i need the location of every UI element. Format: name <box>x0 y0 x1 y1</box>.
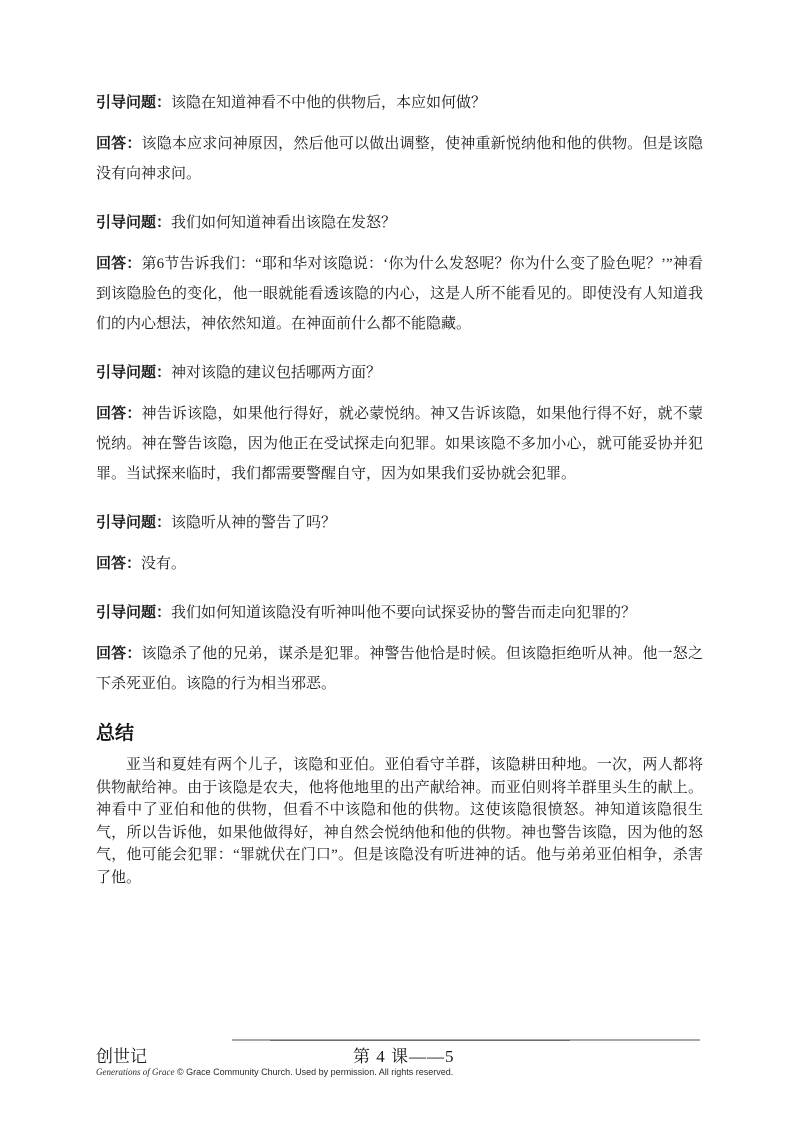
question-text: 我们如何知道该隐没有听神叫他不要向试探妥协的警告而走向犯罪的？ <box>171 605 636 621</box>
answer-text: 该隐杀了他的兄弟，谋杀是犯罪。神警告他恰是时候。但该隐拒绝听从神。他一怒之下杀死… <box>96 646 703 692</box>
lesson-content: 引导问题：该隐在知道神看不中他的供物后，本应如何做？ 回答：该隐本应求问神原因，… <box>96 88 703 889</box>
question-label: 引导问题： <box>96 604 171 621</box>
question-label: 引导问题： <box>96 514 171 531</box>
summary-heading: 总结 <box>96 718 703 745</box>
footer-divider-line-dark <box>270 1040 570 1041</box>
answer: 回答：该隐本应求问神原因，然后他可以做出调整，使神重新悦纳他和他的供物。但是该隐… <box>96 129 703 189</box>
copyright-series-name: Generations of Grace <box>96 1067 175 1077</box>
answer: 回答：第6节告诉我们：“耶和华对该隐说：‘你为什么发怒呢？你为什么变了脸色呢？’… <box>96 249 703 339</box>
qa-block: 引导问题：该隐在知道神看不中他的供物后，本应如何做？ 回答：该隐本应求问神原因，… <box>96 88 703 189</box>
footer-copyright: Generations of Grace © Grace Community C… <box>96 1067 453 1077</box>
question-text: 该隐听从神的警告了吗？ <box>171 515 336 531</box>
answer-text: 没有。 <box>141 556 186 572</box>
answer-label: 回答： <box>96 135 142 152</box>
answer-text: 该隐本应求问神原因，然后他可以做出调整，使神重新悦纳他和他的供物。但是该隐没有向… <box>96 136 703 182</box>
footer-lesson-number: 第 4 课——5 <box>353 1042 455 1067</box>
answer-label: 回答： <box>96 645 142 662</box>
question-label: 引导问题： <box>96 94 171 111</box>
qa-block: 引导问题：神对该隐的建议包括哪两方面？ 回答：神告诉该隐，如果他行得好，就必蒙悦… <box>96 358 703 489</box>
question-text: 该隐在知道神看不中他的供物后，本应如何做？ <box>171 95 486 111</box>
answer-text: 神告诉该隐，如果他行得好，就必蒙悦纳。神又告诉该隐，如果他行得不好，就不蒙悦纳。… <box>96 406 703 482</box>
copyright-text: © Grace Community Church. Used by permis… <box>175 1067 454 1077</box>
guiding-question: 引导问题：我们如何知道神看出该隐在发怒？ <box>96 208 703 238</box>
question-label: 引导问题： <box>96 214 171 231</box>
question-text: 我们如何知道神看出该隐在发怒？ <box>171 215 396 231</box>
guiding-question: 引导问题：该隐听从神的警告了吗？ <box>96 508 703 538</box>
answer: 回答：该隐杀了他的兄弟，谋杀是犯罪。神警告他恰是时候。但该隐拒绝听从神。他一怒之… <box>96 639 703 699</box>
answer-label: 回答： <box>96 555 141 572</box>
question-label: 引导问题： <box>96 364 171 381</box>
guiding-question: 引导问题：我们如何知道该隐没有听神叫他不要向试探妥协的警告而走向犯罪的？ <box>96 598 703 628</box>
qa-block: 引导问题：我们如何知道神看出该隐在发怒？ 回答：第6节告诉我们：“耶和华对该隐说… <box>96 208 703 339</box>
answer-label: 回答： <box>96 255 141 272</box>
answer-text: 第6节告诉我们：“耶和华对该隐说：‘你为什么发怒呢？你为什么变了脸色呢？’”神看… <box>96 256 703 332</box>
question-text: 神对该隐的建议包括哪两方面？ <box>171 365 381 381</box>
qa-block: 引导问题：该隐听从神的警告了吗？ 回答：没有。 <box>96 508 703 579</box>
answer-label: 回答： <box>96 405 142 422</box>
footer-book-title: 创世记 <box>96 1042 147 1067</box>
guiding-question: 引导问题：该隐在知道神看不中他的供物后，本应如何做？ <box>96 88 703 118</box>
summary-paragraph: 亚当和夏娃有两个儿子，该隐和亚伯。亚伯看守羊群，该隐耕田种地。一次，两人都将供物… <box>96 754 703 889</box>
answer: 回答：没有。 <box>96 549 703 579</box>
document-page: 引导问题：该隐在知道神看不中他的供物后，本应如何做？ 回答：该隐本应求问神原因，… <box>0 0 793 1122</box>
guiding-question: 引导问题：神对该隐的建议包括哪两方面？ <box>96 358 703 388</box>
summary-section: 总结 亚当和夏娃有两个儿子，该隐和亚伯。亚伯看守羊群，该隐耕田种地。一次，两人都… <box>96 718 703 889</box>
answer: 回答：神告诉该隐，如果他行得好，就必蒙悦纳。神又告诉该隐，如果他行得不好，就不蒙… <box>96 399 703 489</box>
qa-block: 引导问题：我们如何知道该隐没有听神叫他不要向试探妥协的警告而走向犯罪的？ 回答：… <box>96 598 703 699</box>
